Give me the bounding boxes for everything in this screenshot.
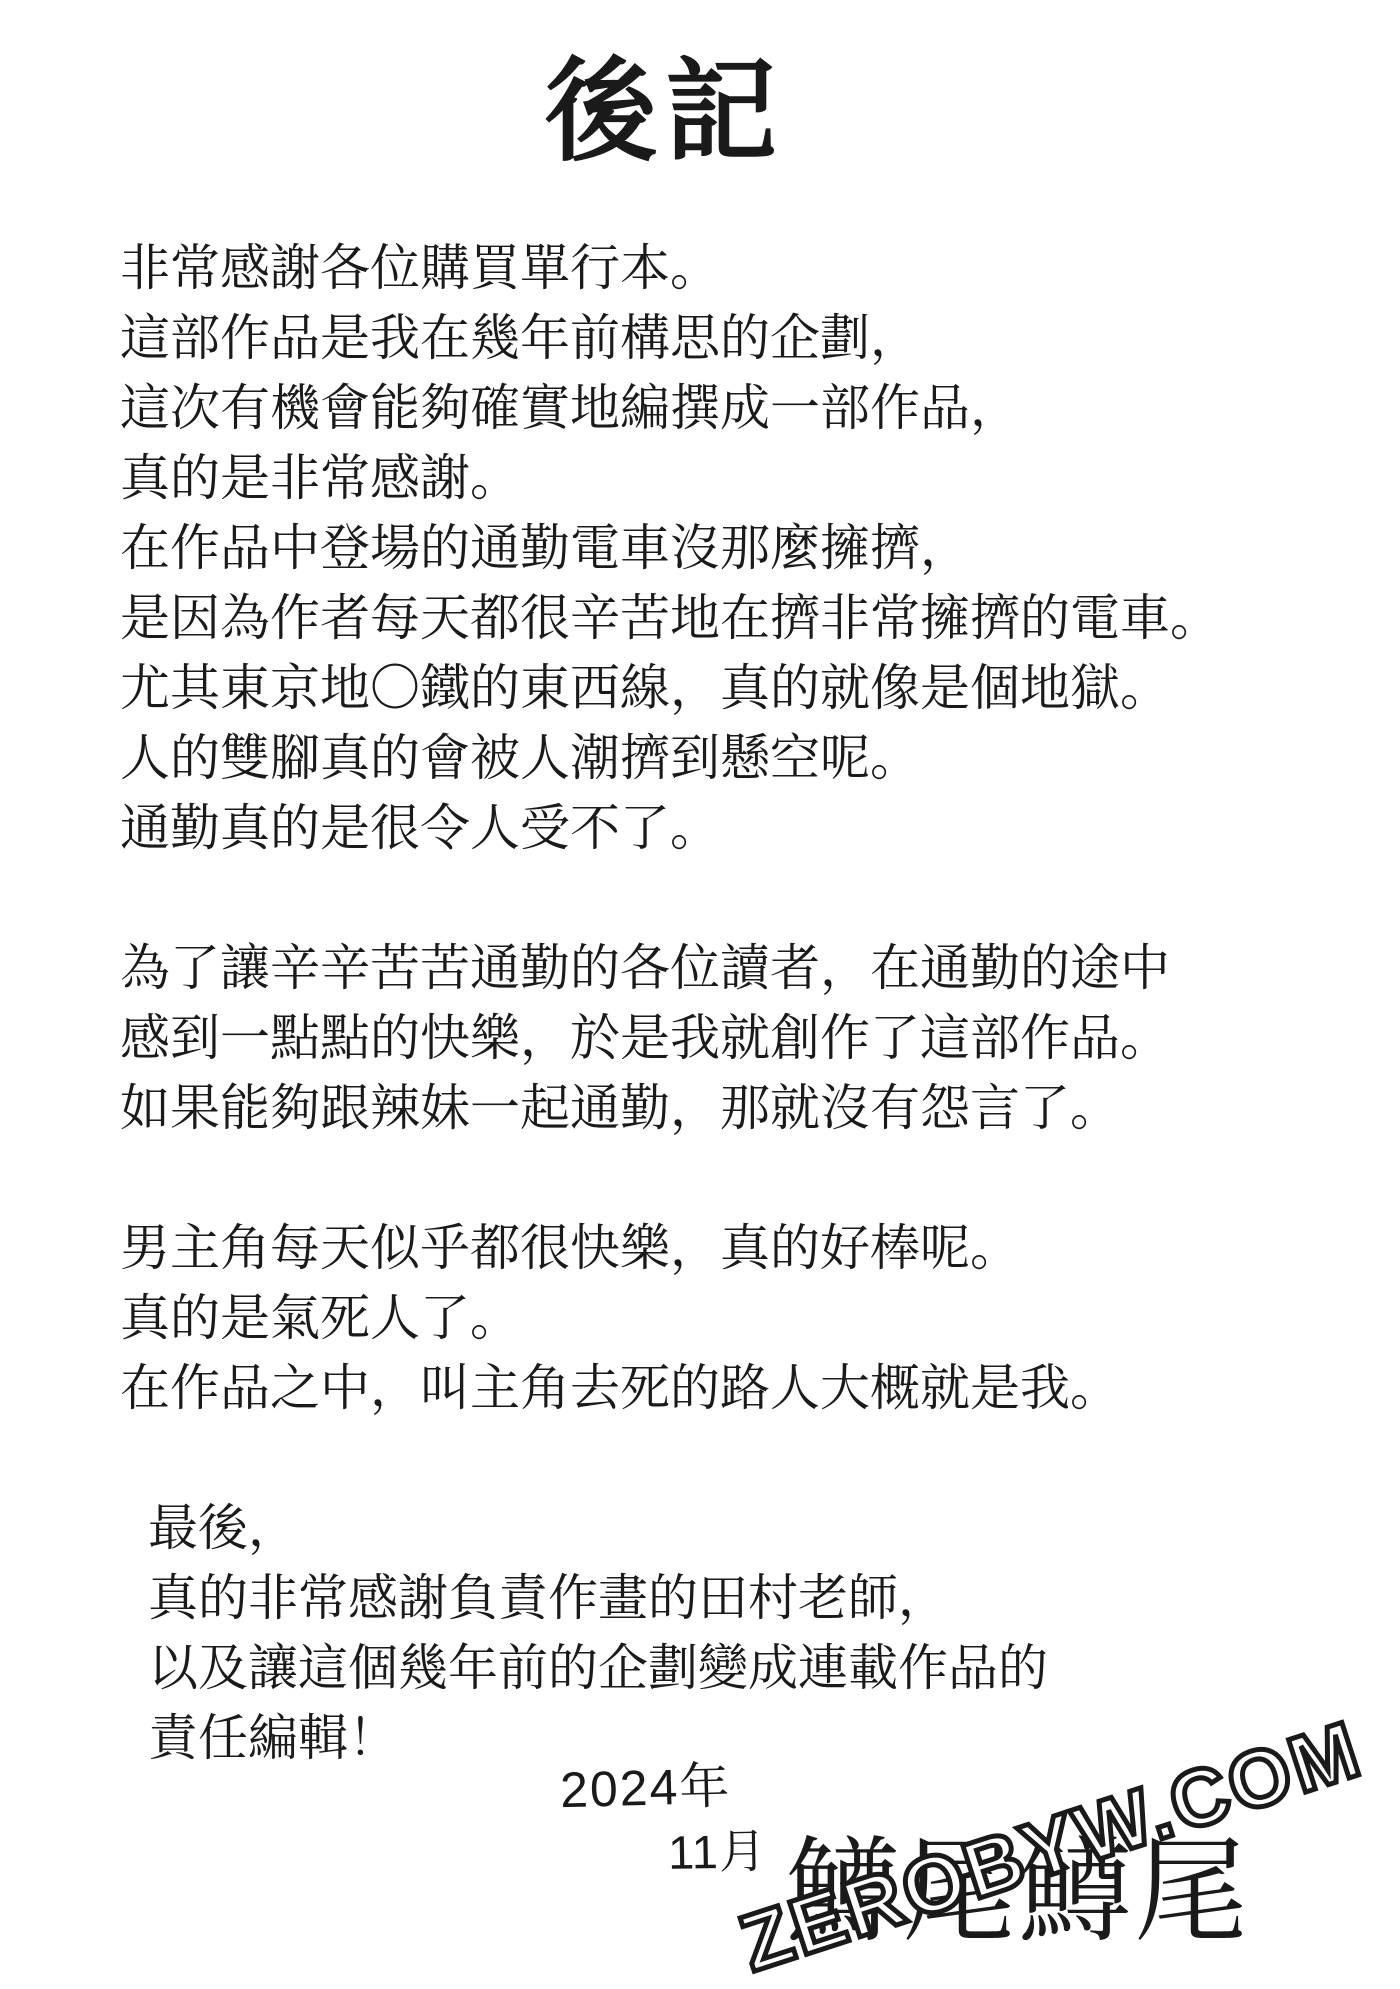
text-line: 是因為作者每天都很辛苦地在擠非常擁擠的電車。 (120, 583, 1220, 653)
paragraph-readers: 為了讓辛辛苦苦通勤的各位讀者，在通勤的途中 感到一點點的快樂，於是我就創作了這部… (120, 933, 1220, 1143)
text-line: 人的雙腳真的會被人潮擠到懸空呢。 (120, 723, 1220, 793)
text-line: 非常感謝各位購買單行本。 (120, 233, 1220, 303)
paragraph-protagonist: 男主角每天似乎都很快樂，真的好棒呢。 真的是氣死人了。 在作品之中，叫主角去死的… (120, 1213, 1220, 1423)
author-signature: 鱒尾鱒尾 (786, 1828, 1250, 1958)
text-line: 以及讓這個幾年前的企劃變成連載作品的 (148, 1633, 1220, 1703)
text-line: 真的是氣死人了。 (120, 1283, 1220, 1353)
afterword-body: 非常感謝各位購買單行本。 這部作品是我在幾年前構思的企劃， 這次有機會能夠確實地… (120, 233, 1220, 1773)
text-line: 感到一點點的快樂，於是我就創作了這部作品。 (120, 1003, 1220, 1073)
text-line: 為了讓辛辛苦苦通勤的各位讀者，在通勤的途中 (120, 933, 1220, 1003)
text-line: 通勤真的是很令人受不了。 (120, 793, 1220, 863)
text-line: 最後， (148, 1493, 1220, 1563)
paragraph-credits: 最後， 真的非常感謝負責作畫的田村老師， 以及讓這個幾年前的企劃變成連載作品的 … (120, 1493, 1220, 1773)
text-line: 男主角每天似乎都很快樂，真的好棒呢。 (120, 1213, 1220, 1283)
text-line: 真的非常感謝負責作畫的田村老師， (148, 1563, 1220, 1633)
text-line: 尤其東京地〇鐵的東西線，真的就像是個地獄。 (120, 653, 1220, 723)
text-line: 真的是非常感謝。 (120, 443, 1220, 513)
page-title: 後記 (0, 52, 1330, 172)
paragraph-thanks: 非常感謝各位購買單行本。 這部作品是我在幾年前構思的企劃， 這次有機會能夠確實地… (120, 233, 1220, 863)
text-line: 在作品中登場的通勤電車沒那麼擁擠， (120, 513, 1220, 583)
date-year: 2024年 (559, 1746, 732, 1822)
text-line: 在作品之中，叫主角去死的路人大概就是我。 (120, 1353, 1220, 1423)
date-month: 11月 (667, 1814, 767, 1883)
afterword-page: 後記 非常感謝各位購買單行本。 這部作品是我在幾年前構思的企劃， 這次有機會能夠… (0, 0, 1400, 1989)
text-line: 這部作品是我在幾年前構思的企劃， (120, 303, 1220, 373)
text-line: 這次有機會能夠確實地編撰成一部作品， (120, 373, 1220, 443)
text-line: 如果能夠跟辣妹一起通勤，那就沒有怨言了。 (120, 1073, 1220, 1143)
